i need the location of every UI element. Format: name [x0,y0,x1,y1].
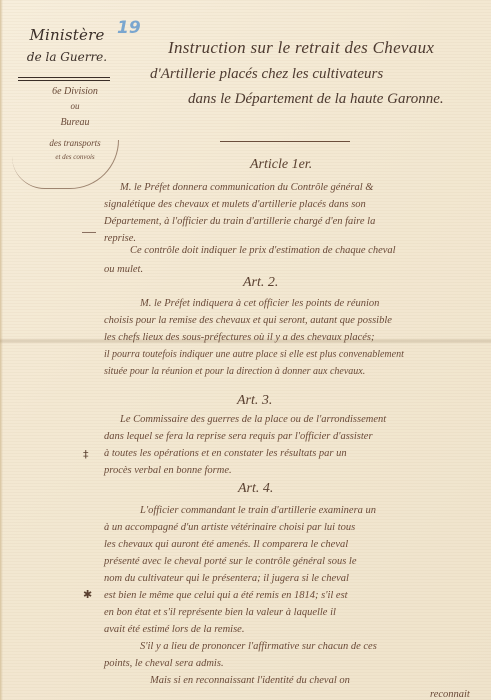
margin-cross-mark: ‡ [83,448,89,461]
flourish-decoration [12,140,119,189]
article-4-heading: Art. 4. [238,481,273,497]
text-line: présenté avec le cheval porté sur le con… [104,556,357,567]
text-line: Le Commissaire des guerres de la place o… [120,414,386,425]
text-line: à toutes les opérations et en constater … [104,448,347,459]
article-1-heading: Article 1er. [250,157,312,173]
text-line: points, le cheval sera admis. [104,658,224,669]
title-line-1: Instruction sur le retrait des Chevaux [150,38,480,58]
text-line: Mais si en reconnaissant l'identité du c… [150,675,350,686]
text-line: nom du cultivateur qui le présentera; il… [104,573,349,584]
article-2-heading: Art. 2. [243,275,278,291]
archive-number: 19 [117,18,141,38]
text-line: reprise. [104,233,136,244]
text-line: choisis pour la remise des chevaux et qu… [104,315,392,326]
text-line: ou mulet. [104,264,143,275]
margin-dash-mark [82,232,96,233]
text-line: il pourra toutefois indiquer une autre p… [104,349,404,360]
letterhead-rule [18,77,110,81]
text-line: M. le Préfet indiquera à cet officier le… [140,298,379,309]
bureau-label: Bureau [30,116,120,130]
document-page: Ministère de la Guerre. 19 6e Division o… [0,0,491,700]
ministry-subtitle: de la Guerre. [22,50,112,64]
text-line: L'officier commandant le train d'artille… [140,505,376,516]
title-line-2: d'Artillerie placés chez les cultivateur… [150,66,480,83]
text-line: procès verbal en bonne forme. [104,465,232,476]
text-line: M. le Préfet donnera communication du Co… [120,182,373,193]
text-line: en bon état et s'il représente bien la v… [104,607,336,618]
text-line: Département, à l'officier du train d'art… [104,216,375,227]
text-line: les chefs lieux des sous-préfectures où … [104,332,374,343]
article-3-heading: Art. 3. [237,393,272,409]
text-line: S'il y a lieu de prononcer l'affirmative… [140,641,377,652]
text-line: signalétique des chevaux et mulets d'art… [104,199,366,210]
division-name: 6e Division [30,85,120,99]
document-title: Instruction sur le retrait des Chevaux d… [150,38,480,108]
page-edge [0,0,3,700]
text-line: avait été estimé lors de la remise. [104,624,244,635]
text-line: à un accompagné d'un artiste vétérinaire… [104,522,355,533]
text-line: Ce contrôle doit indiquer le prix d'esti… [130,245,396,256]
ministry-letterhead: Ministère de la Guerre. [22,26,112,64]
title-underline [220,141,350,142]
text-line: les chevaux qui auront été amenés. Il co… [104,539,348,550]
division-or: ou [30,99,120,113]
text-line: dans lequel se fera la reprise sera requ… [104,431,373,442]
ministry-name: Ministère [22,26,112,44]
title-line-3: dans le Département de la haute Garonne. [150,91,480,108]
text-line: est bien le même que celui qui a été rem… [104,590,348,601]
text-line: située pour la réunion et pour la direct… [104,366,365,377]
catchword: reconnait [430,689,470,700]
margin-star-mark: ✱ [83,588,92,601]
